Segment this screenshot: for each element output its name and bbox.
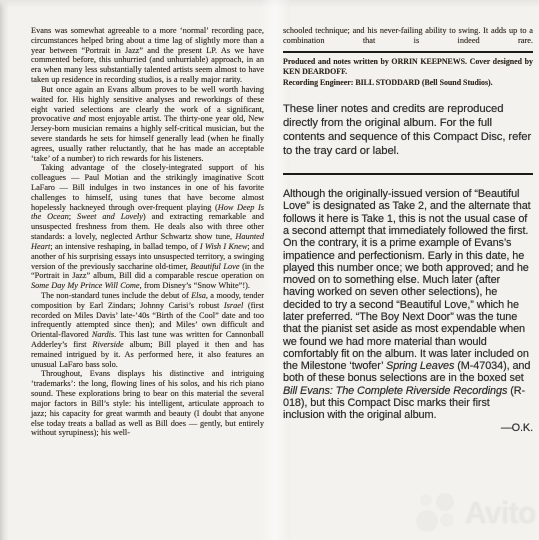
left-column: Evans was somewhat agreeable to a more ‘…: [31, 26, 264, 438]
reissue-note: These liner notes and credits are reprod…: [283, 102, 533, 158]
liner-paragraph: Evans was somewhat agreeable to a more ‘…: [31, 26, 264, 85]
avito-watermark: Avito: [415, 490, 536, 536]
liner-paragraph-continuation: schooled technique; and his never-failin…: [283, 26, 533, 46]
right-column: schooled technique; and his never-failin…: [283, 26, 533, 435]
engineering-credit: Recording Engineer: BILL STODDARD (Bell …: [283, 78, 533, 89]
liner-paragraph: But once again an Evans album proves to …: [31, 85, 264, 164]
avito-wordmark: Avito: [465, 495, 536, 531]
liner-paragraph: Taking advantage of the closely-integrat…: [31, 163, 264, 291]
liner-paragraph: The non-standard tunes include the debut…: [31, 291, 264, 370]
scan-edge-shadow-left: [0, 0, 9, 540]
liner-paragraph: Throughout, Evans displays his distincti…: [31, 369, 264, 438]
avito-logo-icon: [415, 490, 459, 536]
author-initials: —O.K.: [283, 422, 533, 435]
bonus-take-note: Although the originally-issued version o…: [283, 188, 533, 422]
production-credit: Produced and notes written by ORRIN KEEP…: [283, 57, 533, 79]
divider-rule-top: [283, 51, 533, 53]
divider-rule-middle: [283, 173, 533, 175]
